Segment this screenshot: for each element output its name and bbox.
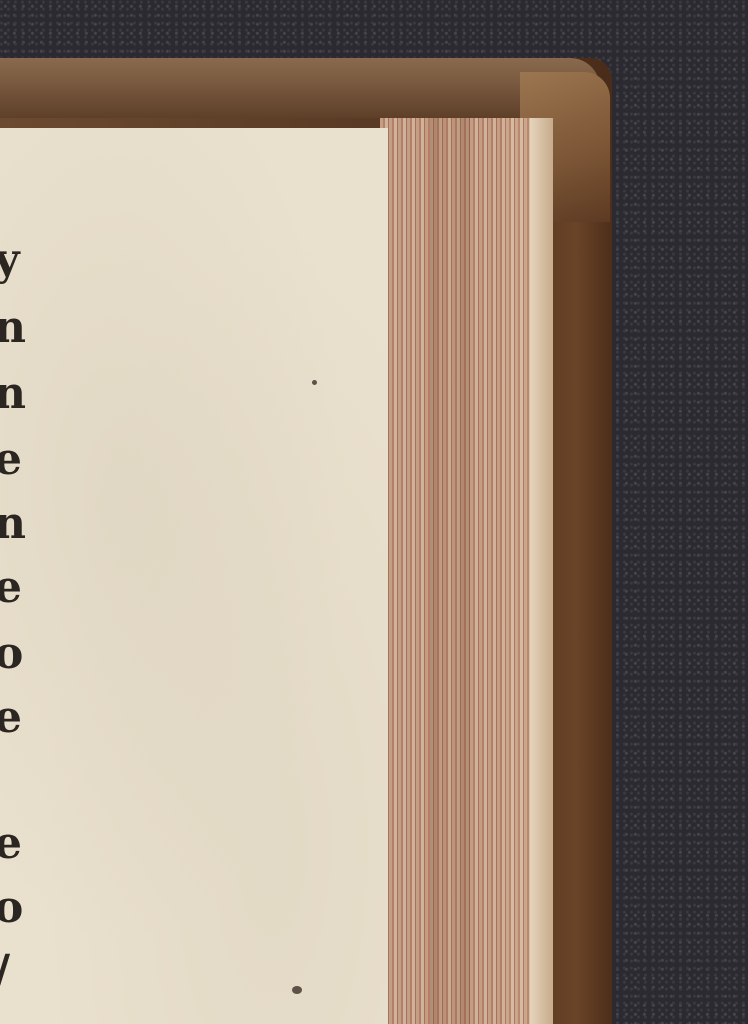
text-glyph: o bbox=[0, 632, 23, 676]
fore-edge-shadow bbox=[430, 118, 470, 1024]
text-glyph: e bbox=[0, 822, 22, 866]
text-glyph: y bbox=[0, 238, 20, 282]
text-glyph: o bbox=[0, 886, 23, 930]
book-page: y n n e n e o e e o / bbox=[0, 128, 388, 1024]
text-glyph: e bbox=[0, 438, 22, 482]
text-glyph: e bbox=[0, 566, 22, 610]
text-glyph: / bbox=[0, 950, 10, 994]
text-glyph: n bbox=[0, 372, 26, 416]
ink-speck bbox=[312, 380, 317, 385]
cover-top-edge bbox=[0, 58, 600, 118]
text-glyph: n bbox=[0, 502, 26, 546]
text-glyph: e bbox=[0, 696, 22, 740]
text-glyph: n bbox=[0, 306, 26, 350]
ink-speck bbox=[292, 986, 302, 994]
